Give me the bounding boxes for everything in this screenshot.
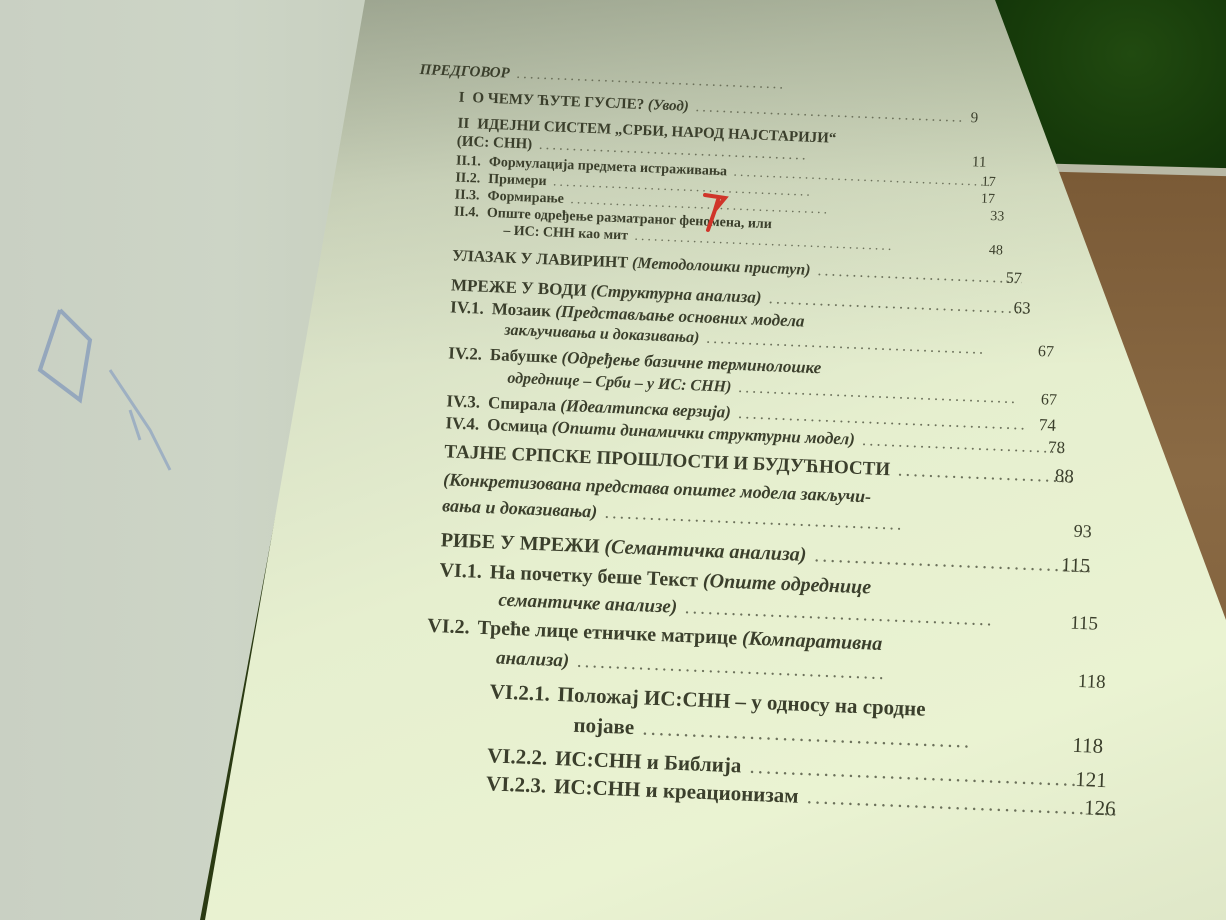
toc-entry-page: 67 — [1041, 391, 1058, 410]
toc-entry-title: МРЕЖЕ У ВОДИ — [451, 275, 587, 299]
toc-entry-number: IV.4. — [445, 413, 479, 434]
toc-entry-page: 33 — [990, 209, 1005, 226]
toc-entry-subtitle: анализа) — [496, 648, 570, 672]
toc-entry-page: 78 — [1048, 438, 1066, 459]
toc-entry-number: IV.3. — [446, 391, 480, 412]
toc-entry-number: VI.2.2. — [487, 743, 548, 770]
toc-entry-page: 17 — [981, 175, 996, 192]
toc-entry-number: VI.1. — [439, 559, 482, 584]
toc-entry-subtitle: (Увод) — [644, 97, 689, 115]
toc-entry-number: II — [457, 116, 469, 133]
toc-entry-page: 11 — [972, 154, 987, 172]
toc-entry-page: 17 — [981, 192, 996, 209]
toc-entry-page: 63 — [1013, 298, 1031, 319]
toc-entry-title: Спирала — [488, 393, 557, 415]
toc-entry-title: Бабушке — [490, 345, 558, 367]
toc-entry-number: II.3. — [454, 188, 480, 205]
toc-entry-number: I — [458, 90, 465, 107]
toc-entry-number: VI.2.3. — [486, 771, 547, 798]
toc-entry-title: (ИС: СНН) — [457, 134, 533, 153]
toc-entry-page: 115 — [1070, 613, 1099, 636]
toc-entry-number: IV.1. — [450, 297, 484, 318]
toc-entry-title: ПРЕДГОВОР — [419, 62, 510, 82]
toc-entry-title: Осмица — [487, 415, 548, 436]
toc-entry-title: Примери — [488, 172, 547, 189]
toc-entry-page: 88 — [1054, 466, 1074, 489]
toc-entry-number: II.1. — [456, 154, 482, 171]
toc-entry-page: 93 — [1073, 521, 1092, 543]
toc-entry-page: 121 — [1075, 767, 1107, 793]
toc-entry-number: II.4. — [454, 204, 480, 221]
toc-entry-number: VI.2. — [427, 615, 470, 640]
toc-entry-title: Формирање — [487, 189, 564, 207]
toc-entry-page: 74 — [1039, 415, 1057, 436]
toc-entry-page: 115 — [1061, 554, 1091, 578]
toc-entry-page: 118 — [1077, 671, 1106, 694]
toc-entry-title: појаве — [573, 713, 635, 739]
pen-scribble-icon — [20, 300, 220, 500]
toc-entry-page: 126 — [1084, 795, 1116, 821]
red-pen-mark-icon — [700, 190, 730, 235]
toc-entry-page: 118 — [1072, 733, 1104, 759]
toc-entry-page: 9 — [970, 110, 978, 127]
toc-entry-number: VI.2.1. — [489, 679, 550, 706]
toc-entry-number: IV.2. — [448, 343, 482, 364]
toc-entry-page: 57 — [1005, 270, 1022, 289]
toc-entry-title: Мозаик — [491, 299, 551, 320]
toc-entry-number: II.2. — [455, 171, 481, 188]
toc-entry-subtitle: (Компаративна — [737, 627, 883, 655]
toc-entry-page: 67 — [1037, 343, 1054, 362]
toc-entry-page: 48 — [989, 243, 1004, 260]
